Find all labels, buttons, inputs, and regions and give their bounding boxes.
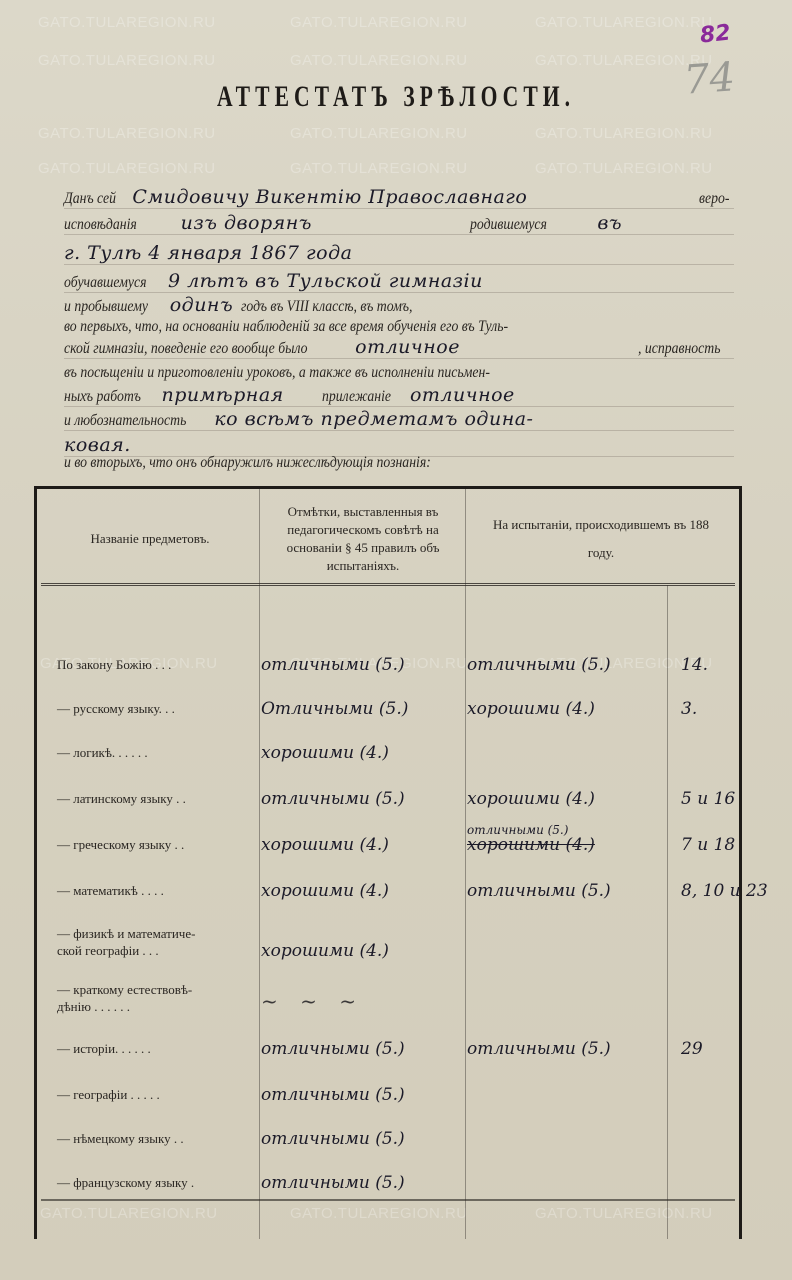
- printed-text: и пробывшему: [64, 298, 148, 316]
- council-grade: хорошими (4.): [261, 941, 389, 961]
- watermark: GATO.TULAREGION.RU: [535, 14, 713, 31]
- printed-text: веро-: [699, 190, 729, 208]
- grade-note: 8, 10 и 23: [681, 881, 768, 901]
- handwritten-study-duration: 9 лѣтъ въ Тульской гимназіи: [168, 270, 483, 292]
- watermark: GATO.TULAREGION.RU: [290, 160, 468, 177]
- council-grade-dash: ~ ~ ~: [261, 989, 364, 1013]
- watermark: GATO.TULAREGION.RU: [38, 52, 216, 69]
- body-line-7: ской гимназіи, поведеніе его вообще было…: [64, 332, 734, 359]
- subject-name: По закону Божію . . .: [57, 656, 257, 673]
- watermark: GATO.TULAREGION.RU: [290, 14, 468, 31]
- subject-name: — математикѣ . . . .: [57, 882, 257, 899]
- grade-note: 29: [681, 1039, 703, 1059]
- council-grade: хорошими (4.): [261, 881, 389, 901]
- handwritten-text: ковая.: [64, 434, 131, 456]
- archive-ink-number: 82: [699, 20, 732, 48]
- council-grade: отличными (5.): [261, 1085, 405, 1105]
- subject-name: — французскому языку .: [57, 1174, 257, 1191]
- council-grade: отличными (5.): [261, 1129, 405, 1149]
- table-row: — физикѣ и математиче- ской географіи . …: [41, 919, 735, 965]
- handwritten-diligence: отличное: [410, 384, 515, 406]
- council-grade: отличными (5.): [261, 789, 405, 809]
- body-line-3: г. Тулѣ 4 января 1867 года: [64, 238, 734, 265]
- table-row: — русскому языку. . . Отличными (5.) хор…: [41, 683, 735, 723]
- exam-grade: отличными (5.): [467, 655, 611, 675]
- table-row: — исторіи. . . . . . отличными (5.) отли…: [41, 1023, 735, 1063]
- subject-name: — физикѣ и математиче- ской географіи . …: [57, 925, 257, 959]
- printed-text: , исправность: [638, 340, 720, 358]
- archive-pencil-number: 74: [682, 54, 736, 103]
- watermark: GATO.TULAREGION.RU: [290, 125, 468, 142]
- handwritten-conduct: отличное: [355, 336, 460, 358]
- body-line-9: ныхъ работъ примѣрная прилежаніе отлично…: [64, 380, 734, 407]
- exam-grade-struck: хорошими (4.): [467, 835, 595, 855]
- council-grade: хорошими (4.): [261, 743, 389, 763]
- document-title: АТТЕСТАТЪ ЗРѢЛОСТИ.: [111, 80, 681, 114]
- watermark: GATO.TULAREGION.RU: [535, 160, 713, 177]
- body-line-1: Данъ сей Смидовичу Викентію Православнаг…: [64, 182, 734, 209]
- watermark: GATO.TULAREGION.RU: [38, 125, 216, 142]
- subject-name: — географіи . . . . .: [57, 1086, 257, 1103]
- table-row: — логикѣ. . . . . . хорошими (4.): [41, 727, 735, 767]
- body-line-5: и пробывшему одинъ годъ въ VIII классѣ, …: [64, 290, 734, 316]
- body-line-2: исповѣданія изъ дворянъ родившемуся въ: [64, 208, 734, 235]
- watermark: GATO.TULAREGION.RU: [535, 125, 713, 142]
- handwritten-curiosity: ко всѣмъ предметамъ одина-: [214, 408, 533, 430]
- table-row: — нѣмецкому языку . . отличными (5.): [41, 1113, 735, 1153]
- table-row: — французскому языку . отличными (5.): [41, 1157, 735, 1197]
- subject-name: — логикѣ. . . . . .: [57, 744, 257, 761]
- header-council-marks: Отмѣтки, выставленныя въ педагогическомъ…: [263, 495, 463, 583]
- printed-text: родившемуся: [470, 216, 547, 234]
- printed-text: ской гимназіи, поведеніе его вообще было: [64, 340, 307, 358]
- grade-note: 5 и 16: [681, 789, 735, 809]
- table-row: — географіи . . . . . отличными (5.): [41, 1069, 735, 1109]
- printed-text: и любознательность: [64, 412, 186, 430]
- handwritten-name: Смидовичу Викентію Православнаго: [132, 186, 527, 208]
- table-row: — греческому языку . . хорошими (4.) отл…: [41, 819, 735, 859]
- council-grade: Отличными (5.): [261, 699, 408, 719]
- handwritten-birth-date: г. Тулѣ 4 января 1867 года: [64, 242, 352, 264]
- printed-text: годъ въ VIII классѣ, въ томъ,: [241, 298, 412, 316]
- table-row: — математикѣ . . . . хорошими (4.) отлич…: [41, 865, 735, 905]
- handwritten-text: въ: [597, 212, 622, 234]
- body-line-12: и во вторыхъ, что онъ обнаружилъ нижеслѣ…: [64, 454, 734, 472]
- table-row: — латинскому языку . . отличными (5.) хо…: [41, 773, 735, 813]
- table-row: По закону Божію . . . отличными (5.) отл…: [41, 639, 735, 679]
- subject-name: — исторіи. . . . . .: [57, 1040, 257, 1057]
- subject-name: — греческому языку . .: [57, 836, 257, 853]
- printed-text: Данъ сей: [64, 190, 116, 208]
- watermark: GATO.TULAREGION.RU: [290, 52, 468, 69]
- body-line-10: и любознательность ко всѣмъ предметамъ о…: [64, 404, 734, 431]
- subject-name: — латинскому языку . .: [57, 790, 257, 807]
- council-grade: отличными (5.): [261, 1039, 405, 1059]
- council-grade: отличными (5.): [261, 1173, 405, 1193]
- exam-grade: хорошими (4.): [467, 699, 595, 719]
- exam-grade: хорошими (4.): [467, 789, 595, 809]
- council-grade: отличными (5.): [261, 655, 405, 675]
- grades-table: Названіе предметовъ. Отмѣтки, выставленн…: [34, 486, 742, 1239]
- grade-note: 3.: [681, 699, 697, 719]
- handwritten-estate: изъ дворянъ: [181, 212, 312, 234]
- handwritten-years: одинъ: [170, 294, 233, 316]
- subject-name: — краткому естествовѣ- дѣнію . . . . . .: [57, 981, 257, 1015]
- table-row: — краткому естествовѣ- дѣнію . . . . . .…: [41, 975, 735, 1021]
- exam-grade: отличными (5.): [467, 881, 611, 901]
- printed-text: исповѣданія: [64, 216, 137, 234]
- printed-text: и во вторыхъ, что онъ обнаружилъ нижеслѣ…: [64, 454, 431, 472]
- header-exam: На испытаніи, происходившемъ въ 188 году…: [471, 495, 731, 583]
- subject-name: — нѣмецкому языку . .: [57, 1130, 257, 1147]
- table-header-row: Названіе предметовъ. Отмѣтки, выставленн…: [41, 495, 735, 586]
- certificate-page: GATO.TULAREGION.RU GATO.TULAREGION.RU GA…: [0, 0, 792, 1280]
- handwritten-written-work: примѣрная: [161, 384, 283, 406]
- subject-name: — русскому языку. . .: [57, 700, 257, 717]
- grade-note: 14.: [681, 655, 708, 675]
- council-grade: хорошими (4.): [261, 835, 389, 855]
- exam-grade: отличными (5.): [467, 1039, 611, 1059]
- grade-note: 7 и 18: [681, 835, 735, 855]
- watermark: GATO.TULAREGION.RU: [38, 160, 216, 177]
- header-subject: Названіе предметовъ.: [41, 495, 259, 583]
- watermark: GATO.TULAREGION.RU: [38, 14, 216, 31]
- table-bottom-rule: [41, 1199, 735, 1201]
- body-line-4: обучавшемуся 9 лѣтъ въ Тульской гимназіи: [64, 266, 734, 293]
- body-line-11: ковая.: [64, 430, 734, 457]
